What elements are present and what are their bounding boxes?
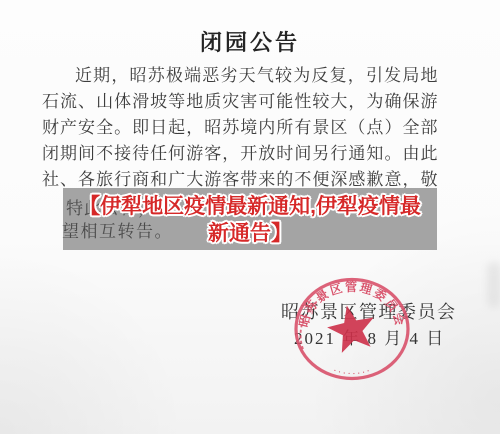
body-line: 财产安全。即日起，昭苏境内所有景区（点）全部关闭，关 <box>42 115 438 141</box>
page-title: 闭园公告 <box>0 26 500 57</box>
caption-line-2: 新通告】 <box>208 220 292 247</box>
caption-line-1: 【伊犁地区疫情最新通知,伊犁疫情最 <box>79 193 421 220</box>
seal-star-icon <box>324 301 380 355</box>
body-line: 石流、山体滑坡等地质灾害可能性较大，为确保游客生命和 <box>42 89 438 115</box>
caption-overlay-text: 【伊犁地区疫情最新通知,伊犁疫情最 新通告】 <box>63 190 437 250</box>
photo-smudge <box>487 262 500 308</box>
notice-photo: 闭园公告 近期，昭苏极端恶劣天气较为反复，引发局地洪水和泥 石流、山体滑坡等地质… <box>0 0 500 434</box>
body-line: 闭期间不接待任何游客，开放时间另行通知。由此给各旅行 <box>42 141 438 167</box>
notice-body: 近期，昭苏极端恶劣天气较为反复，引发局地洪水和泥 石流、山体滑坡等地质灾害可能性… <box>42 63 438 193</box>
official-seal: 昭苏景区管理委员会 • • • • • • • • <box>282 269 422 389</box>
body-line: 近期，昭苏极端恶劣天气较为反复，引发局地洪水和泥 <box>42 63 438 89</box>
